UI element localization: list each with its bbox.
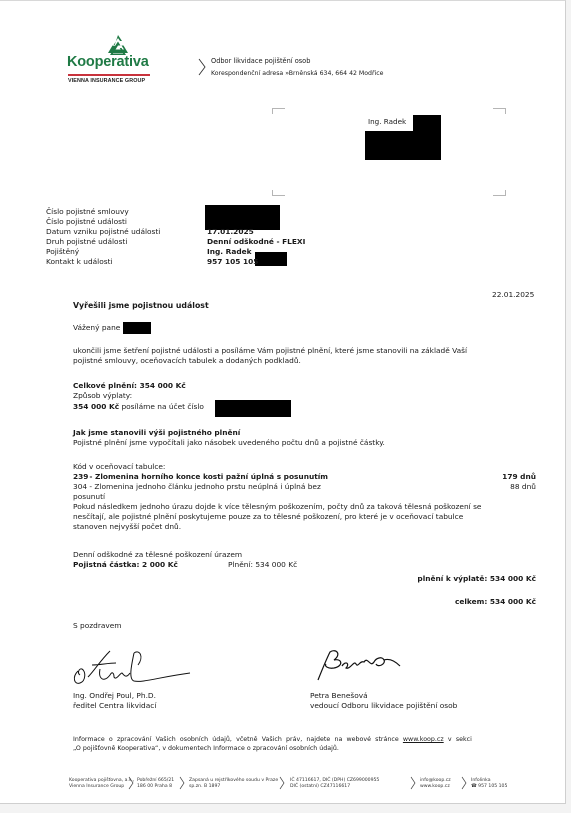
kooperativa-logo-icon	[106, 34, 130, 56]
payment-text: posíláme na účet číslo	[121, 402, 203, 411]
how-title: Jak jsme stanovili výši pojistného plněn…	[73, 428, 240, 438]
footer-company-line2: Vienna Insurance Group	[69, 784, 134, 790]
footer-phone: ☎ 957 105 105	[471, 784, 507, 790]
footer-chevron-icon	[279, 776, 285, 790]
label-policy-number: Číslo pojistné smlouvy	[46, 207, 129, 217]
window-corner-bl	[272, 190, 285, 196]
insured-amount: Pojistná částka: 2 000 Kč	[73, 560, 178, 570]
code-description: - Zlomenina jednoho článku jednoho prstu…	[89, 482, 320, 491]
address-label: Korespondenční adresa	[211, 70, 283, 77]
value-insured: Ing. Radek	[207, 247, 252, 257]
signature-benesova	[312, 646, 407, 684]
code-days-239: 179 dnů	[502, 472, 536, 482]
redacted-salutation-name	[123, 322, 151, 334]
label-contact: Kontakt k události	[46, 257, 113, 267]
note-line-3: stanoven nejvyšší počet dnů.	[73, 522, 181, 532]
value-claim-date: 17.01.2025	[207, 227, 254, 237]
footer-address-line2: 186 00 Praha 8	[137, 784, 174, 790]
letter-page: Kooperativa VIENNA INSURANCE GROUP Odbor…	[0, 0, 566, 804]
letter-date: 22.01.2025	[492, 290, 534, 300]
payment-method-label: Způsob výplaty:	[73, 391, 132, 401]
logo-divider	[68, 74, 150, 76]
total-amount: celkem: 534 000 Kč	[455, 597, 536, 607]
code-days-304: 88 dnů	[510, 482, 536, 492]
code-number: 239	[73, 472, 87, 482]
daily-title: Denní odškodné za tělesné poškození úraz…	[73, 550, 242, 560]
brand-name: Kooperativa	[67, 54, 149, 70]
note-line-2: nesčítají, ale pojistné plnění poskytuje…	[73, 512, 463, 522]
intro-line-1: ukončili jsme šetření pojistné události …	[73, 346, 467, 356]
footer-chevron-icon	[461, 776, 467, 790]
footer-tax-ids: IČ 47116617, DIČ (DPH) CZ699000955 DIČ (…	[290, 778, 379, 790]
privacy-link[interactable]: www.koop.cz	[403, 736, 444, 743]
label-insured: Pojištěný	[46, 247, 79, 257]
footer-register-line2: sp.zn. B 1897	[189, 784, 278, 790]
label-claim-date: Datum vzniku pojistné události	[46, 227, 160, 237]
note-line-1: Pokud následkem jednoho úrazu dojde k ví…	[73, 502, 481, 512]
privacy-line-2: „O pojišťovně Kooperativa“, v dokumentec…	[73, 744, 339, 754]
code-row-304: 304 - Zlomenina jednoho článku jednoho p…	[73, 482, 321, 492]
department-name: Odbor likvidace pojištění osob	[211, 57, 310, 67]
footer-register: Zapsaná u rejstříkového soudu v Praze sp…	[189, 778, 278, 790]
code-number: 304	[73, 482, 87, 492]
how-text: Pojistné plnění jsme vypočítali jako nás…	[73, 438, 385, 448]
window-corner-tr	[493, 108, 506, 114]
footer-chevron-icon	[410, 776, 416, 790]
payment-line: 354 000 Kč posíláme na účet číslo	[73, 402, 204, 412]
signatory-1-name: Ing. Ondřej Poul, Ph.D.	[73, 691, 156, 701]
redacted-insured-surname	[255, 252, 287, 266]
redacted-recipient-surname	[413, 115, 441, 131]
window-corner-tl	[272, 108, 285, 114]
footer-chevron-icon	[128, 776, 134, 790]
label-claim-type: Druh pojistné události	[46, 237, 127, 247]
footer-contact: info@koop.cz www.koop.cz	[420, 778, 451, 790]
signatory-2-title: vedoucí Odboru likvidace pojištění osob	[310, 701, 457, 711]
payment-amount: 354 000 Kč	[73, 402, 119, 411]
chevron-right-icon	[198, 58, 206, 76]
letter-title: Vyřešili jsme pojistnou událost	[73, 301, 209, 311]
correspondence-address: Korespondenční adresa »Brněnská 634, 664…	[211, 69, 383, 79]
footer-ic-line2: DIČ (ostatní) CZ47116617	[290, 784, 379, 790]
salutation-text: Vážený pane	[73, 323, 120, 332]
value-contact: 957 105 105	[207, 257, 258, 267]
recipient-name: Ing. Radek	[368, 117, 406, 127]
total-benefit: Celkové plnění: 354 000 Kč	[73, 381, 186, 391]
code-label: Kód v oceňovací tabulce:	[73, 462, 165, 472]
redacted-recipient-address	[365, 131, 441, 160]
label-claim-number: Číslo pojistné události	[46, 217, 127, 227]
footer-infoline: Infolinka ☎ 957 105 105	[471, 778, 507, 790]
closing: S pozdravem	[73, 621, 122, 631]
code-row-239: 239 - Zlomenina horního konce kosti pažn…	[73, 472, 328, 482]
signature-poul	[70, 643, 200, 688]
address-value: Brněnská 634, 664 42 Modřice	[289, 70, 384, 77]
value-claim-type: Denní odškodné - FLEXI	[207, 237, 305, 247]
privacy-text-after: v sekci	[448, 736, 472, 743]
footer-web[interactable]: www.koop.cz	[420, 784, 451, 790]
benefit-amount: Plnění: 534 000 Kč	[228, 560, 297, 570]
window-corner-br	[493, 190, 506, 196]
footer-chevron-icon	[179, 776, 185, 790]
signatory-1-title: ředitel Centra likvidací	[73, 701, 156, 711]
code-description: - Zlomenina horního konce kosti pažní úp…	[89, 472, 328, 481]
intro-line-2: pojistné smlouvy, oceňovacích tabulek a …	[73, 356, 301, 366]
brand-group: VIENNA INSURANCE GROUP	[68, 78, 145, 84]
privacy-text: Informace o zpracování Vašich osobních ú…	[73, 736, 399, 743]
code-description-cont: posunutí	[73, 492, 105, 502]
payout-amount: plnění k výplatě: 534 000 Kč	[417, 574, 536, 584]
footer-address: Pobřežní 665/21 186 00 Praha 8	[137, 778, 174, 790]
footer-company: Kooperativa pojišťovna, a.s., Vienna Ins…	[69, 778, 134, 790]
redacted-account-number	[215, 400, 291, 417]
signatory-2-name: Petra Benešová	[310, 691, 368, 701]
